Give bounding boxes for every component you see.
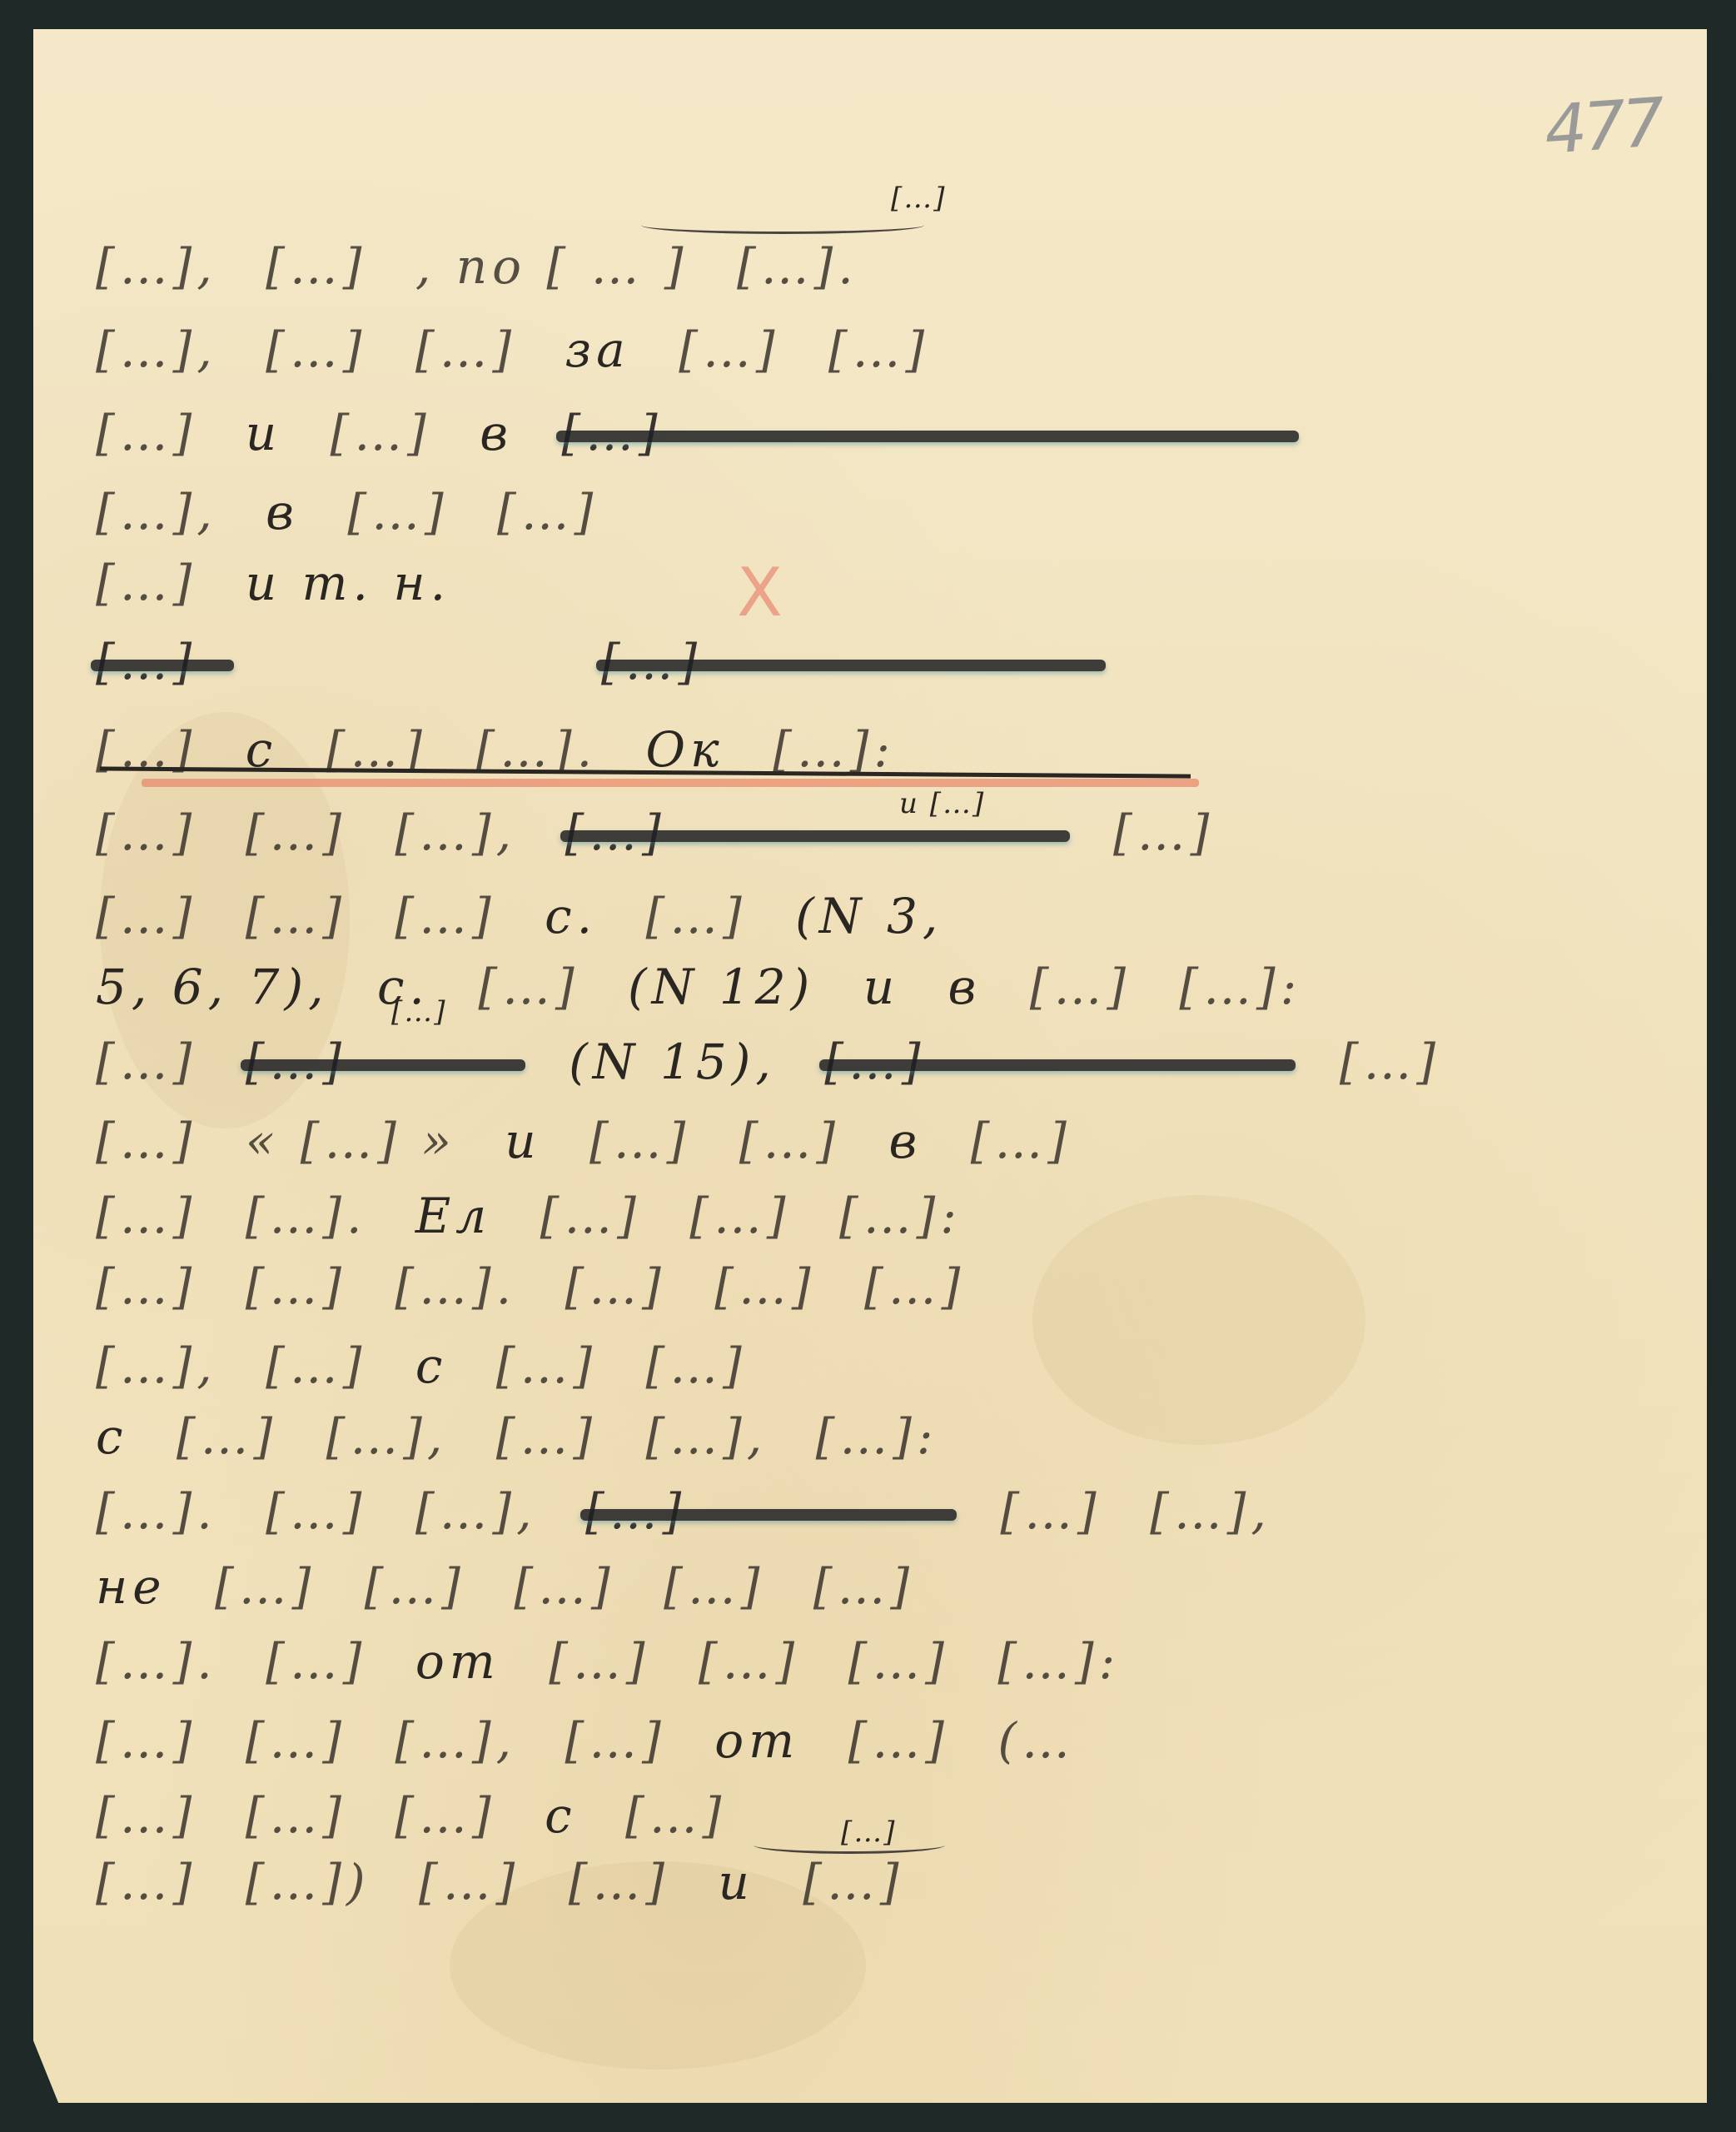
- struck-text: […]: [824, 1033, 1291, 1091]
- line-segment: […]: [419, 1853, 520, 1911]
- line-segment: […]: [96, 404, 196, 462]
- line-segment: […]: [514, 1557, 614, 1616]
- text-line-13: […] […]. Ел […] […] […]:: [96, 1187, 1661, 1245]
- line-segment: […]: [266, 1337, 366, 1395]
- line-segment: […]: [645, 887, 746, 945]
- text-line-1: […], […] , по [ … ] […].: [96, 237, 1661, 296]
- line-segment: […]: [739, 1112, 840, 1170]
- red-pencil-x-mark: X: [737, 554, 783, 631]
- text-line-4: […], в […] […]: [96, 483, 1661, 541]
- line-segment: […]: [714, 1258, 815, 1316]
- line-segment: […]: [246, 1258, 346, 1316]
- line-segment: […]:: [773, 720, 895, 779]
- line-segment: и: [718, 1853, 754, 1911]
- text-line-9: […] […] […] с. […] (N 3,: [96, 887, 1661, 945]
- reference-number: 5, 6, 7),: [96, 958, 329, 1016]
- text-line-10: 5, 6, 7), с. […] (N 12) и в […] […]:: [96, 958, 1661, 1016]
- line-segment: и: [505, 1112, 540, 1170]
- line-segment: […]: [96, 1187, 196, 1245]
- text-line-3: […] и […] в […]: [96, 404, 1661, 462]
- line-segment: […].: [395, 1258, 516, 1316]
- line-segment: […]: [478, 958, 579, 1016]
- line-segment: […]: [864, 1258, 965, 1316]
- line-segment: […],: [96, 1337, 217, 1395]
- line-segment: […]: [848, 1711, 949, 1770]
- line-segment: […]: [664, 1557, 764, 1616]
- line-segment: […]: [246, 804, 346, 862]
- text-line-14: […] […] […]. […] […] […]: [96, 1258, 1661, 1316]
- text-line-5: […] и т. н.: [96, 554, 1661, 612]
- line-segment: […]: [96, 1853, 196, 1911]
- text-line-15: […], […] с […] […]: [96, 1337, 1661, 1395]
- line-segment: […]: [96, 1033, 196, 1091]
- line-segment: […]: [96, 804, 196, 862]
- line-segment: […]: [365, 1557, 465, 1616]
- line-segment: […],: [96, 321, 217, 379]
- line-segment: […]: [848, 1632, 949, 1691]
- line-segment: […],: [96, 483, 217, 541]
- line-segment: […]: [1113, 804, 1214, 862]
- line-segment: […],: [415, 1482, 537, 1541]
- line-segment: […].: [96, 1482, 217, 1541]
- line-segment: […]: [215, 1557, 316, 1616]
- line-segment: […]: [266, 1482, 366, 1541]
- line-segment: […]: [246, 1786, 346, 1845]
- line-segment: […]: [589, 1112, 690, 1170]
- line-segment: […]: [540, 1187, 641, 1245]
- text-line-16: с […] […], […] […], […]:: [96, 1407, 1661, 1466]
- line-segment: в: [266, 483, 299, 541]
- line-segment: […],: [395, 1711, 516, 1770]
- line-segment: […]: [1030, 958, 1131, 1016]
- line-segment: […]: [395, 1786, 495, 1845]
- line-segment: в: [948, 958, 982, 1016]
- heading-underline-red-pencil: [142, 779, 1199, 787]
- line-segment: […]: [266, 237, 366, 296]
- folio-number: 477: [1542, 83, 1664, 169]
- line-segment: от: [415, 1632, 500, 1691]
- struck-text: […]: [561, 404, 1294, 462]
- line-segment: […]: [96, 554, 196, 612]
- quoted-word: « […] »: [246, 1112, 456, 1170]
- line-segment: […],: [395, 804, 516, 862]
- text-line-22: […] […]) […] […] и […]: [96, 1853, 1661, 1911]
- line-segment: […]: [177, 1407, 277, 1466]
- line-segment: […]: [569, 1853, 669, 1911]
- line-segment: […]: [1340, 1033, 1440, 1091]
- reference-number: (N 12): [628, 958, 814, 1016]
- line-segment: за: [565, 321, 630, 379]
- struck-text: […]: [246, 1033, 520, 1091]
- line-segment: […].: [737, 237, 858, 296]
- text-line-19: […]. […] от […] […] […] […]:: [96, 1632, 1661, 1691]
- line-segment: […]: [813, 1557, 914, 1616]
- line-segment: , по [ … ]: [415, 237, 689, 296]
- line-segment: […],: [1150, 1482, 1271, 1541]
- insert-caret-line: [754, 1836, 945, 1854]
- line-segment: […]: [347, 483, 448, 541]
- interlinear-insert: […]: [391, 995, 447, 1029]
- line-segment: в: [888, 1112, 922, 1170]
- line-segment: […]: [96, 1711, 196, 1770]
- line-segment: […]: [971, 1112, 1072, 1170]
- line-segment: […]: [246, 887, 346, 945]
- line-segment: от: [714, 1711, 799, 1770]
- line-segment: с.: [545, 887, 597, 945]
- line-segment: […]: [266, 321, 366, 379]
- line-segment: […]:: [1179, 958, 1301, 1016]
- line-segment: […]:: [839, 1187, 962, 1245]
- line-segment: Ел: [415, 1187, 491, 1245]
- line-segment: с: [545, 1786, 576, 1845]
- line-segment: […]: [549, 1632, 649, 1691]
- line-segment: […]: [625, 1786, 726, 1845]
- text-line-11: […] […] (N 15), […] […]: [96, 1033, 1661, 1091]
- line-segment: […]: [395, 887, 495, 945]
- struck-text: […]: [601, 633, 1101, 691]
- line-segment: […]: [96, 887, 196, 945]
- text-line-2: […], […] […] за […] […]: [96, 321, 1661, 379]
- reference-number: (N 15),: [569, 1033, 776, 1091]
- line-segment: […]:: [997, 1632, 1120, 1691]
- text-line-8: […] […] […], […] […]: [96, 804, 1661, 862]
- line-segment: […]: [266, 1632, 366, 1691]
- text-line-6-struck: […] […]: [96, 633, 1661, 691]
- line-segment: […]: [496, 1407, 597, 1466]
- line-segment: […],: [96, 237, 217, 296]
- struck-text: […]: [96, 633, 229, 691]
- line-segment: и: [246, 404, 281, 462]
- line-segment: […].: [96, 1632, 217, 1691]
- struck-text: […]: [585, 1482, 952, 1541]
- line-segment: […],: [645, 1407, 767, 1466]
- line-segment: […]: [565, 1258, 666, 1316]
- line-segment: […]: [645, 1337, 746, 1395]
- line-segment: […]: [828, 321, 929, 379]
- line-segment: […]: [699, 1632, 799, 1691]
- line-segment: не: [96, 1557, 167, 1616]
- line-segment: с: [96, 1407, 127, 1466]
- line-segment: […]: [246, 1711, 346, 1770]
- line-segment: […]: [96, 1258, 196, 1316]
- line-segment: […]: [496, 1337, 597, 1395]
- line-segment: […]: [679, 321, 779, 379]
- line-segment: […]: [803, 1853, 903, 1911]
- line-segment: (…: [997, 1711, 1075, 1770]
- insert-caret-line: [641, 217, 924, 234]
- line-segment: и т. н.: [246, 554, 450, 612]
- line-segment: […].: [246, 1187, 367, 1245]
- line-segment: […]): [246, 1853, 371, 1911]
- line-segment: […]: [497, 483, 598, 541]
- line-segment: […]: [331, 404, 431, 462]
- line-segment: […]: [415, 321, 516, 379]
- line-segment: […]: [689, 1187, 790, 1245]
- line-segment: […],: [326, 1407, 448, 1466]
- line-segment: в: [480, 404, 513, 462]
- line-segment: […]: [1000, 1482, 1101, 1541]
- text-line-17: […]. […] […], […] […] […],: [96, 1482, 1661, 1541]
- text-line-12: […] « […] » и […] […] в […]: [96, 1112, 1661, 1170]
- line-segment: с: [415, 1337, 447, 1395]
- interlinear-insert: […]: [891, 182, 947, 215]
- text-line-18: не […] […] […] […] […]: [96, 1557, 1661, 1616]
- line-segment: […]:: [816, 1407, 938, 1466]
- line-segment: […]: [96, 1112, 196, 1170]
- reference-number: (N 3,: [795, 887, 943, 945]
- line-segment: […]: [565, 1711, 666, 1770]
- text-line-20: […] […] […], […] от […] (…: [96, 1711, 1661, 1770]
- line-segment: […]: [96, 1786, 196, 1845]
- line-segment: и: [863, 958, 899, 1016]
- struck-text: […]: [565, 804, 1065, 862]
